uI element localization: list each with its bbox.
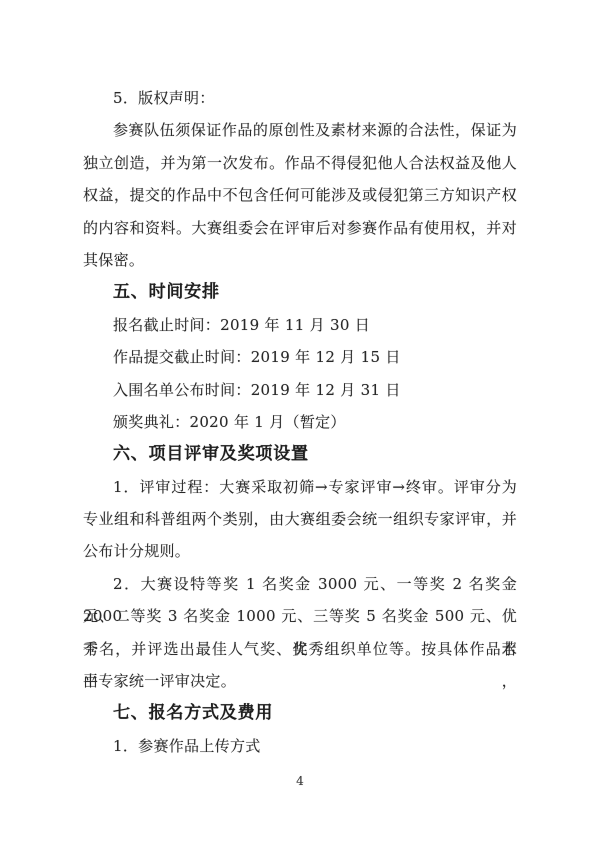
text-line: 作品提交截止时间：2019 年 12 月 15 日 [83, 341, 517, 373]
document-body: 5．版权声明：参赛队伍须保证作品的原创性及素材来源的合法性，保证为独立创造，并为… [83, 82, 517, 762]
text-line: 其保密。 [83, 244, 517, 276]
document-page: 5．版权声明：参赛队伍须保证作品的原创性及素材来源的合法性，保证为独立创造，并为… [0, 0, 600, 848]
section-heading: 七、报名方式及费用 [83, 697, 517, 729]
text-line: 2．大赛设特等奖 1 名奖金 3000 元、一等奖 2 名奖金 2000 [83, 568, 517, 600]
text-line: 专业组和科普组两个类别，由大赛组委会统一组织专家评审，并 [83, 503, 517, 535]
text-line: 的内容和资料。大赛组委会在评审后对参赛作品有使用权，并对 [83, 212, 517, 244]
text-line: 1．参赛作品上传方式 [83, 730, 517, 762]
text-line: 权益，提交的作品中不包含任何可能涉及或侵犯第三方知识产权 [83, 179, 517, 211]
text-line: 公布计分规则。 [83, 535, 517, 567]
page-number: 4 [0, 771, 600, 791]
text-line: 独立创造，并为第一次发布。作品不得侵犯他人合法权益及他人 [83, 147, 517, 179]
section-heading: 六、项目评审及奖项设置 [83, 438, 517, 470]
text-line: 干名，并评选出最佳人气奖、优秀组织单位等。按具体作品水平， [83, 633, 517, 665]
section-heading: 五、时间安排 [83, 276, 517, 308]
text-line: 颁奖典礼：2020 年 1 月（暂定） [83, 406, 517, 438]
text-line: 5．版权声明： [83, 82, 517, 114]
text-line: 参赛队伍须保证作品的原创性及素材来源的合法性，保证为 [83, 114, 517, 146]
text-line: 元、二等奖 3 名奖金 1000 元、三等奖 5 名奖金 500 元、优秀奖若 [83, 600, 517, 632]
text-line: 报名截止时间：2019 年 11 月 30 日 [83, 309, 517, 341]
text-line: 1．评审过程：大赛采取初筛→专家评审→终审。评审分为 [83, 471, 517, 503]
text-line: 入围名单公布时间：2019 年 12 月 31 日 [83, 374, 517, 406]
